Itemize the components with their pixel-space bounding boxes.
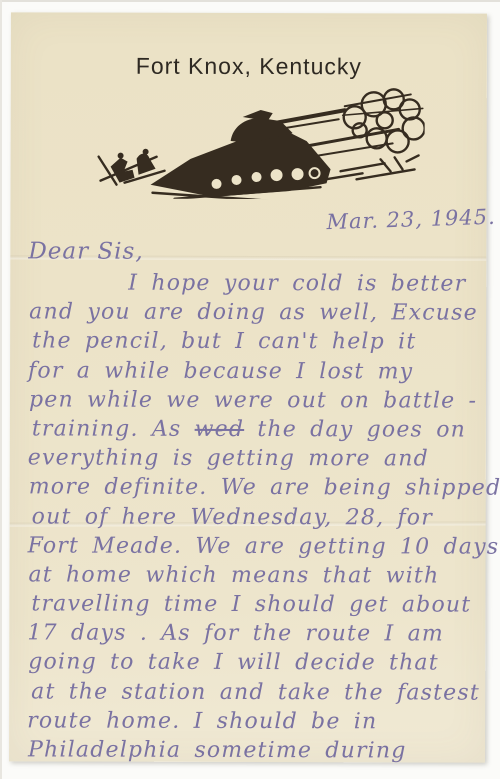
body-line: travelling time I should get about [31,589,479,619]
body-line: I hope your cold is better [28,268,480,298]
body-line: more definite. We are being shipped [29,473,480,503]
letter-paper: Fort Knox, Kentucky [9,12,487,762]
body-line: at the station and take the fastest [31,677,479,707]
body-line: 17 days . As for the route I am [27,619,479,649]
letter-body: I hope your cold is better and you are d… [27,268,480,765]
body-line: Fort Meade. We are getting 10 days [28,531,480,561]
letterhead-title: Fort Knox, Kentucky [11,52,487,80]
body-line: route home. I should be in [27,706,479,736]
muzzle-smoke [344,89,425,152]
body-line: pen while we were out on battle - [29,385,480,415]
scan-edge [0,0,2,779]
body-text: training. As [32,416,195,441]
turret-hatch [243,110,273,121]
body-line: training. As wed the day goes on [32,414,480,444]
scan-edge [0,0,500,2]
body-line: everything is getting more and [28,444,480,474]
body-text: the day goes on [244,417,466,443]
crossed-out-word: wed [195,417,245,442]
body-line: out of here Wednesday, 28, for [32,502,480,532]
body-line: Philadelphia sometime during [28,735,479,765]
body-line: the pencil, but I can't help it [32,327,480,357]
body-line: for a while because I lost my [28,356,480,386]
letter-date: Mar. 23, 1945. [326,205,496,234]
salutation: Dear Sis, [28,238,143,264]
tank-illustration [94,87,424,200]
body-line: going to take I will decide that [28,648,479,678]
body-line: and you are doing as well, Excuse [29,298,480,328]
body-line: at home which means that with [28,560,479,590]
